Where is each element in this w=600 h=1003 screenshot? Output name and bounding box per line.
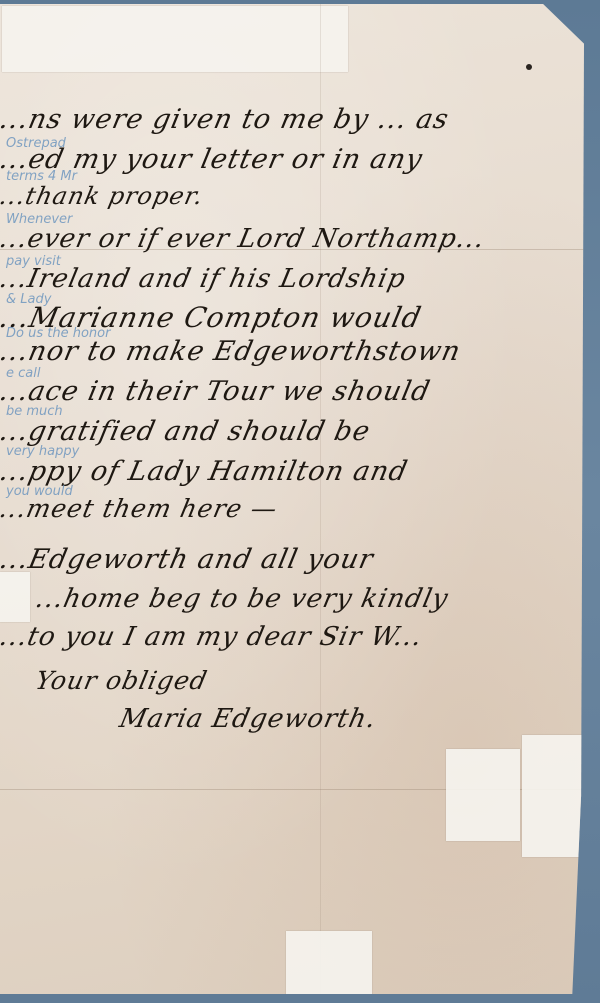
letter-line: ...Edgeworth and all your — [0, 544, 377, 575]
left-tape — [0, 572, 30, 622]
hinge-tape — [286, 931, 372, 1003]
paper-hole — [526, 64, 532, 70]
letter-line: ...meet them here — — [0, 494, 280, 523]
letter-line: ...to you I am my dear Sir W... — [0, 622, 425, 652]
letter-line: ...thank proper. — [0, 182, 206, 210]
letter-line: ...ace in their Tour we should — [0, 376, 433, 407]
letter-line: ...ppy of Lady Hamilton and — [0, 456, 411, 487]
signature: Maria Edgeworth. — [117, 704, 379, 734]
letter-line: ...ever or if ever Lord Northamp... — [0, 224, 488, 254]
top-tape — [2, 6, 348, 72]
letter-line: ...ns were given to me by ... as — [0, 104, 452, 135]
letter-line: ...nor to make Edgeworthstown — [0, 336, 464, 367]
hinge-tape — [522, 735, 592, 857]
letter-line: ...home beg to be very kindly — [33, 584, 451, 614]
closing: Your obliged — [33, 666, 210, 695]
hinge-tape — [446, 749, 520, 841]
letter-line: ...Ireland and if his Lordship — [0, 264, 409, 294]
letter-line: ...gratified and should be — [0, 416, 373, 447]
letter-page: ...ns were given to me by ... as Ostrepa… — [0, 4, 584, 994]
